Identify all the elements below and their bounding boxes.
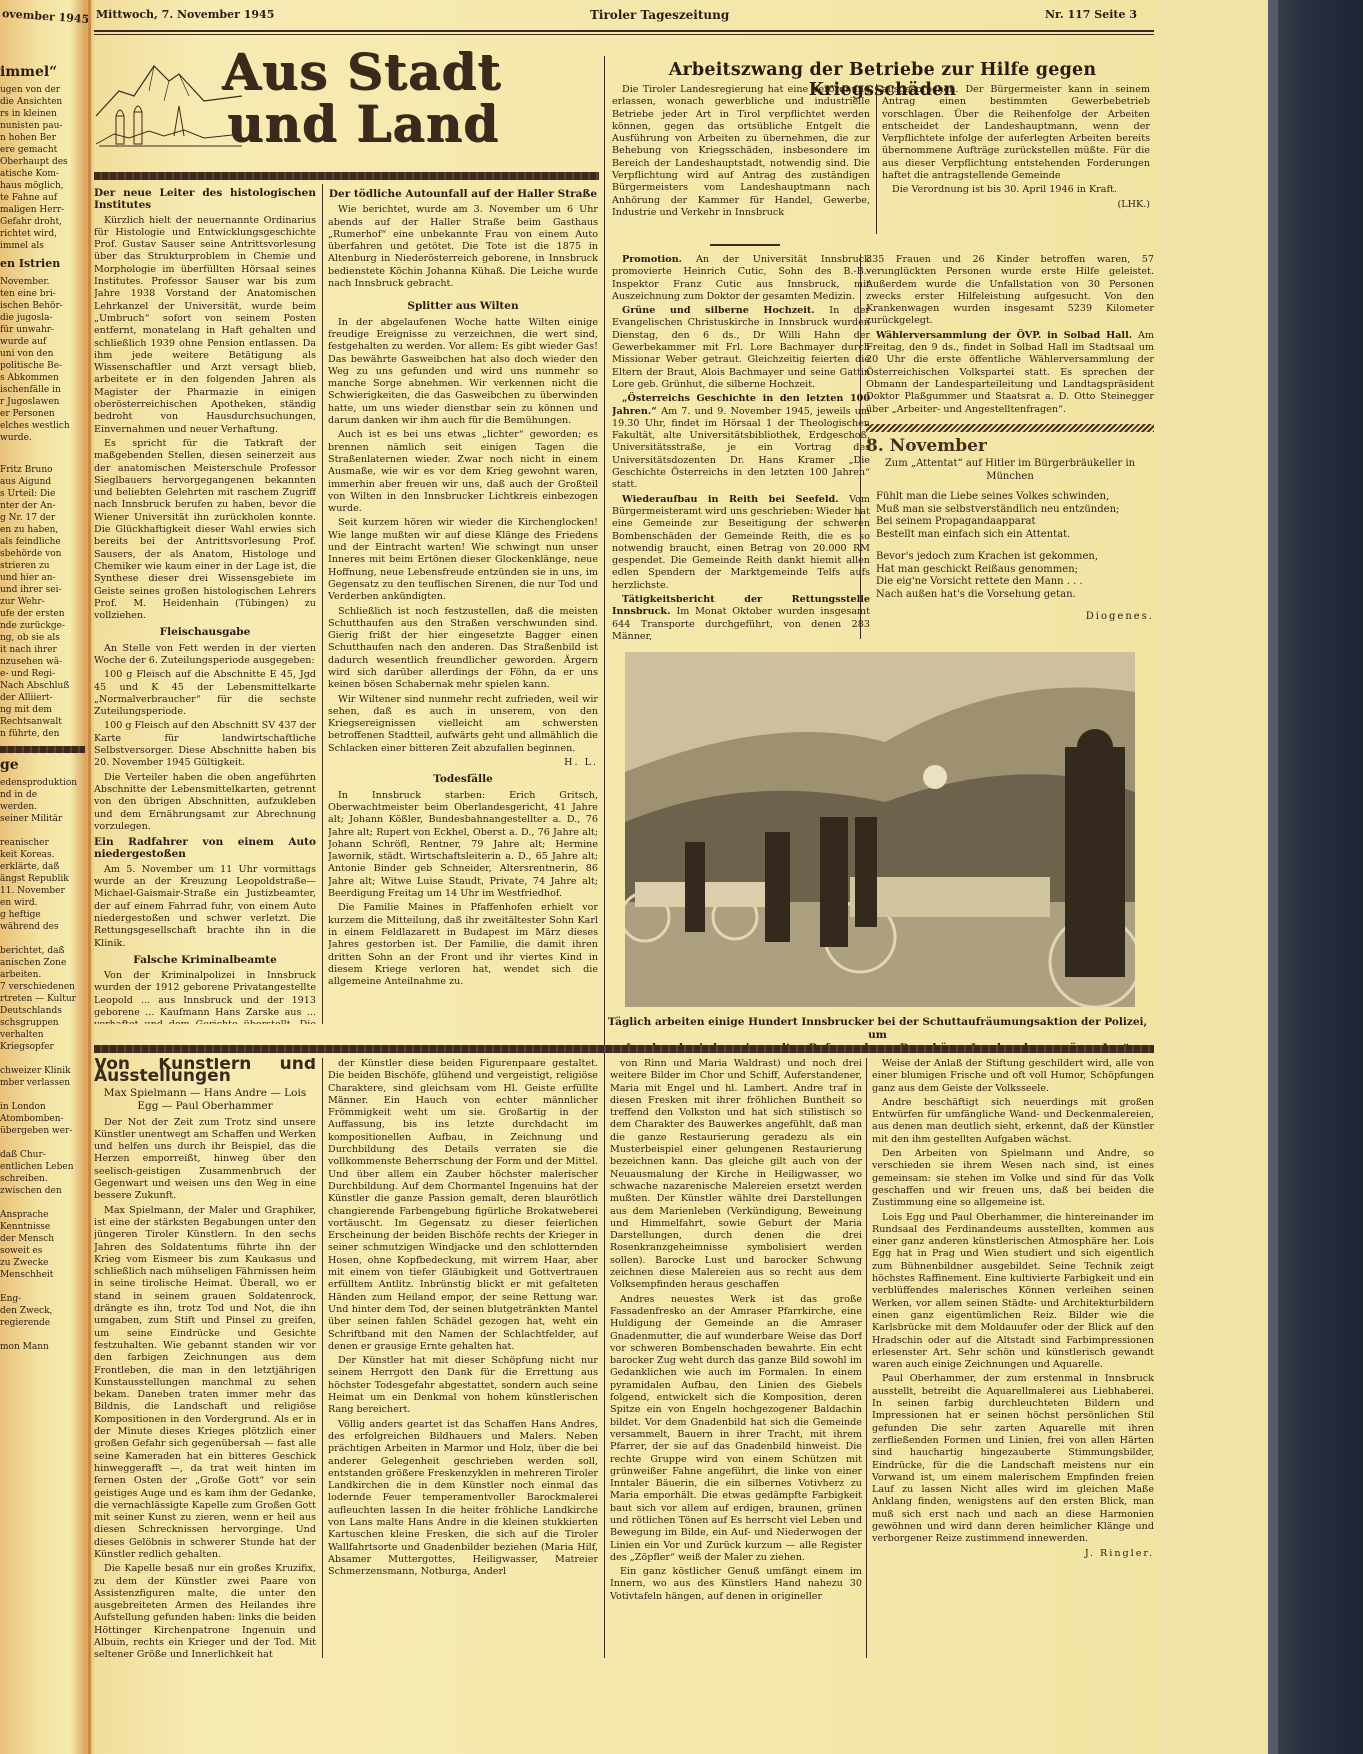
text-line: arbeiten. xyxy=(0,969,90,981)
paragraph: Lois Egg und Paul Oberhammer, die hinter… xyxy=(872,1212,1154,1372)
article-title: Falsche Kriminalbeamte xyxy=(94,954,316,966)
text-line: immel als xyxy=(0,240,90,252)
text-line: in London xyxy=(0,1101,90,1113)
text-line: Deutschlands xyxy=(0,1005,90,1017)
paragraph: 100 g Fleisch auf die Abschnitte E 45, J… xyxy=(94,669,316,718)
paragraph: Andres neuestes Werk ist das große Fassa… xyxy=(610,1294,862,1565)
paragraph: Schließlich ist noch festzustellen, daß … xyxy=(328,606,598,692)
section-divider xyxy=(94,1045,1154,1053)
text-line: 7 verschiedenen xyxy=(0,981,90,993)
text-line: r Jugoslawen xyxy=(0,396,90,408)
text-line: werden. xyxy=(0,801,90,813)
text-line: ten eine bri- xyxy=(0,288,90,300)
masthead-rule xyxy=(94,172,599,180)
text-line: Kriegsopfer xyxy=(0,1041,90,1053)
paragraph: Der Not der Zeit zum Trotz sind unsere K… xyxy=(94,1117,316,1203)
strip-text-2: November.ten eine bri-ischen Behör-die j… xyxy=(0,276,90,444)
text-line: Atombomben- xyxy=(0,1113,90,1125)
text-line xyxy=(0,1197,90,1209)
text-line: maligen Herr- xyxy=(0,204,90,216)
notice: 335 Frauen und 26 Kinder betroffen waren… xyxy=(866,254,1154,328)
article-subtitle: Max Spielmann — Hans Andre — Lois Egg — … xyxy=(94,1087,316,1113)
text-line: als feindliche xyxy=(0,536,90,548)
text-line: mber verlassen xyxy=(0,1077,90,1089)
arbeitszwang-col-b: ausgesprochen. Der Bürgermeister kann in… xyxy=(882,84,1150,211)
arbeitszwang-col-a: Die Tiroler Landesregierung hat eine Ver… xyxy=(612,84,870,221)
text-line: Hat man geschickt Reißaus genommen; xyxy=(876,564,1154,577)
text-line: s Urteil: Die xyxy=(0,488,90,500)
text-line: en wird. xyxy=(0,897,90,909)
text-line: haus möglich, xyxy=(0,180,90,192)
strip-text-3: Fritz Brunoaus Aigunds Urteil: Dienter d… xyxy=(0,464,90,740)
notice: Tätigkeitsbericht der Rettungsstelle Inn… xyxy=(612,594,870,643)
text-line: den Zweck, xyxy=(0,1305,90,1317)
text-line: zwischen den xyxy=(0,1185,90,1197)
art-article-col-1: Von Künstlern und Ausstellungen Max Spie… xyxy=(94,1058,316,1748)
text-line: n führte, den xyxy=(0,728,90,740)
text-line: wurde. xyxy=(0,432,90,444)
notice: „Österreichs Geschichte in den letzten 1… xyxy=(612,393,870,491)
text-line: reanischer xyxy=(0,837,90,849)
text-line: Fritz Bruno xyxy=(0,464,90,476)
text-line: elches westlich xyxy=(0,420,90,432)
text-line: Die eig'ne Vorsicht rettete den Mann . .… xyxy=(876,576,1154,589)
text-line: der Alliiert- xyxy=(0,692,90,704)
text-line: g Nr. 17 der xyxy=(0,512,90,524)
text-line: für unwahr- xyxy=(0,324,90,336)
paragraph: der Künstler diese beiden Figurenpaare g… xyxy=(328,1058,598,1353)
text-line: nzusehen wä- xyxy=(0,656,90,668)
paragraph: Max Spielmann, der Maler und Graphiker, … xyxy=(94,1205,316,1562)
text-line: Bei seinem Propagandaapparat xyxy=(876,516,1154,529)
text-line: mon Mann xyxy=(0,1341,90,1353)
text-line: nunisten pau- xyxy=(0,120,90,132)
text-line: ere gemacht xyxy=(0,144,90,156)
text-line: soweit es xyxy=(0,1245,90,1257)
column-3-notices: Promotion. An der Universität Innsbruck … xyxy=(612,254,870,644)
section-masthead: Aus Stadt und Land xyxy=(94,46,599,171)
text-line: Muß man sie selbstverständlich neu entzü… xyxy=(876,504,1154,517)
text-line: politische Be- xyxy=(0,360,90,372)
article-title: Ein Radfahrer von einem Auto niedergesto… xyxy=(94,836,316,861)
paragraph: Es spricht für die Tatkraft der maßgeben… xyxy=(94,438,316,622)
news-photo xyxy=(625,652,1135,1007)
text-line xyxy=(0,1281,90,1293)
issue-date: Mittwoch, 7. November 1945 xyxy=(96,8,274,21)
text-line: während des xyxy=(0,921,90,933)
text-line: daß Chur- xyxy=(0,1149,90,1161)
text-line: Eng- xyxy=(0,1293,90,1305)
article-title: Von Künstlern und Ausstellungen xyxy=(94,1058,316,1083)
paragraph: Der Künstler hat mit dieser Schöpfung ni… xyxy=(328,1355,598,1416)
strip-text-1: ugen von derdie Ansichtenrs in kleinennu… xyxy=(0,84,90,252)
text-line: 11. November xyxy=(0,885,90,897)
text-line: uni von den xyxy=(0,348,90,360)
text-line: keit Koreas. xyxy=(0,849,90,861)
text-line: te Fahne auf xyxy=(0,192,90,204)
text-line: anischen Zone xyxy=(0,957,90,969)
wavy-divider xyxy=(866,424,1154,432)
column-1: Der neue Leiter des histologischen Insti… xyxy=(94,184,316,1024)
issue-page-number: Nr. 117 Seite 3 xyxy=(1045,8,1137,21)
text-line: seiner Militär xyxy=(0,813,90,825)
text-line: zur Wehr- xyxy=(0,596,90,608)
source-tag: (LHK.) xyxy=(882,199,1150,211)
art-article-col-2: der Künstler diese beiden Figurenpaare g… xyxy=(328,1058,598,1748)
text-line: zu Zwecke xyxy=(0,1257,90,1269)
paragraph: Völlig anders geartet ist das Schaffen H… xyxy=(328,1419,598,1579)
text-line: erklärte, daß xyxy=(0,861,90,873)
paragraph: Auch ist es bei uns etwas „lichter“ gewo… xyxy=(328,429,598,515)
text-line: Fühlt man die Liebe seines Volkes schwin… xyxy=(876,491,1154,504)
paragraph: Weise der Anlaß der Stiftung geschildert… xyxy=(872,1058,1154,1095)
text-line: entlichen Leben xyxy=(0,1161,90,1173)
poem-author: Diogenes. xyxy=(866,611,1154,624)
text-line: ufe der ersten xyxy=(0,608,90,620)
text-line: schreiben. xyxy=(0,1173,90,1185)
text-line: ischenfälle in xyxy=(0,384,90,396)
art-article-col-3: von Rinn und Maria Waldrast) und noch dr… xyxy=(610,1058,862,1748)
paragraph: von Rinn und Maria Waldrast) und noch dr… xyxy=(610,1058,862,1292)
text-line xyxy=(0,933,90,945)
paragraph: Am 5. November um 11 Uhr vormittags wurd… xyxy=(94,864,316,950)
text-line: sbehörde von xyxy=(0,548,90,560)
article-title: Fleischausgabe xyxy=(94,626,316,638)
text-line: berichtet, daß xyxy=(0,945,90,957)
text-line: it nach ihrer xyxy=(0,644,90,656)
text-line: g heftige xyxy=(0,909,90,921)
header-rule xyxy=(94,30,1154,32)
text-line: ng, ob sie als xyxy=(0,632,90,644)
article-title: Todesfälle xyxy=(328,773,598,785)
text-line: s Abkommen xyxy=(0,372,90,384)
page-gutter xyxy=(88,0,91,1754)
paragraph: Paul Oberhammer, der zum erstenmal in In… xyxy=(872,1373,1154,1545)
article-title: Der tödliche Autounfall auf der Haller S… xyxy=(328,188,598,200)
text-line: Nach Abschluß xyxy=(0,680,90,692)
paragraph: Die Verteiler haben die oben angeführten… xyxy=(94,772,316,833)
text-line: Oberhaupt des xyxy=(0,156,90,168)
text-line: Menschheit xyxy=(0,1269,90,1281)
strip-heading-3: ge xyxy=(0,759,90,771)
newspaper-name: Tiroler Tageszeitung xyxy=(590,8,729,22)
text-line xyxy=(0,825,90,837)
text-line: e- und Regi- xyxy=(0,668,90,680)
poem-title: 8. November xyxy=(866,440,1154,452)
paragraph: 100 g Fleisch auf den Abschnitt SV 437 d… xyxy=(94,720,316,769)
notice: Promotion. An der Universität Innsbruck … xyxy=(612,254,870,303)
section-title: Aus Stadt und Land xyxy=(222,46,501,150)
paragraph: Ein ganz köstlicher Genuß umfängt einem … xyxy=(610,1566,862,1603)
author-signature: J. Ringler. xyxy=(872,1548,1154,1560)
text-line xyxy=(0,1089,90,1101)
text-line: chweizer Klinik xyxy=(0,1065,90,1077)
notice: Wiederaufbau in Reith bei Seefeld. Vom B… xyxy=(612,494,870,592)
text-line: übergeben wer- xyxy=(0,1125,90,1137)
text-line: Rechtsanwalt xyxy=(0,716,90,728)
text-line: nde zurückge- xyxy=(0,620,90,632)
text-line: ugen von der xyxy=(0,84,90,96)
article-title: Splitter aus Wilten xyxy=(328,300,598,312)
text-line: und hier an- xyxy=(0,572,90,584)
poem: Zum „Attentat“ auf Hitler im Bürgerbräuk… xyxy=(866,458,1154,624)
binding-edge xyxy=(1268,0,1278,1754)
text-line: der Mensch xyxy=(0,1233,90,1245)
article-title: Der neue Leiter des histologischen Insti… xyxy=(94,187,316,212)
text-line: die jugosla- xyxy=(0,312,90,324)
text-line: aus Aigund xyxy=(0,476,90,488)
paragraph: Die Familie Maines in Pfaffenhofen erhie… xyxy=(328,902,598,988)
text-line: Gefahr droht, xyxy=(0,216,90,228)
strip-heading-2: en Istrien xyxy=(0,258,90,270)
paragraph: Den Arbeiten von Spielmann und Andre, so… xyxy=(872,1148,1154,1209)
text-line: ng mit dem xyxy=(0,704,90,716)
text-line: und ihrer sei- xyxy=(0,584,90,596)
text-line: Bestellt man einfach sich ein Attentat. xyxy=(876,529,1154,542)
strip-text-4: edensproduktionnd in dewerden.seiner Mil… xyxy=(0,777,90,1353)
text-line: Bevor's jedoch zum Krachen ist gekommen, xyxy=(876,551,1154,564)
text-line: schsgruppen xyxy=(0,1017,90,1029)
previous-page-strip: immel“ ugen von derdie Ansichtenrs in kl… xyxy=(0,60,90,1353)
paragraph: Wir Wiltener sind nunmehr recht zufriede… xyxy=(328,694,598,755)
text-line: ischen Behör- xyxy=(0,300,90,312)
book-binding xyxy=(1160,0,1363,1754)
text-line: regierende xyxy=(0,1317,90,1329)
paragraph: In der abgelaufenen Woche hatte Wilten e… xyxy=(328,317,598,428)
text-line: edensproduktion xyxy=(0,777,90,789)
text-line: rtreten — Kultur xyxy=(0,993,90,1005)
newspaper-page: ovember 1945 immel“ ugen von derdie Ansi… xyxy=(0,0,1160,1754)
previous-page-date: ovember 1945 xyxy=(2,7,90,26)
notice: Grüne und silberne Hochzeit. In der Evan… xyxy=(612,305,870,391)
paragraph: Seit kurzem hören wir wieder die Kirchen… xyxy=(328,517,598,603)
text-line xyxy=(0,1053,90,1065)
text-line: Nach außen hat's die Vorsehung getan. xyxy=(876,589,1154,602)
column-2: Der tödliche Autounfall auf der Haller S… xyxy=(328,184,598,1024)
text-line: rs in kleinen xyxy=(0,108,90,120)
author-signature: H. L. xyxy=(328,757,598,769)
text-line: November. xyxy=(0,276,90,288)
text-line xyxy=(0,1329,90,1341)
paragraph: In Innsbruck starben: Erich Gritsch, Obe… xyxy=(328,790,598,901)
text-line: ängst Republik xyxy=(0,873,90,885)
strip-heading-1: immel“ xyxy=(0,66,90,78)
paragraph: Die Kapelle besaß nur ein großes Kruzifi… xyxy=(94,1563,316,1661)
paragraph: Von der Kriminalpolizei in Innsbruck wur… xyxy=(94,970,316,1024)
art-article-col-4: Weise der Anlaß der Stiftung geschildert… xyxy=(872,1058,1154,1748)
text-line: richtet wird, xyxy=(0,228,90,240)
text-line: Kenntnisse xyxy=(0,1221,90,1233)
text-line: wurde auf xyxy=(0,336,90,348)
text-line: n hohen Ber xyxy=(0,132,90,144)
text-line: Ansprache xyxy=(0,1209,90,1221)
cart-workers-photo-icon xyxy=(625,652,1135,1007)
paragraph: Wie berichtet, wurde am 3. November um 6… xyxy=(328,204,598,290)
notice: Wählerversammlung der ÖVP. in Solbad Hal… xyxy=(866,330,1154,416)
text-line: er Personen xyxy=(0,408,90,420)
text-line: die Ansichten xyxy=(0,96,90,108)
text-line: strieren zu xyxy=(0,560,90,572)
paragraph: Kürzlich hielt der neuernannte Ordinariu… xyxy=(94,215,316,436)
paragraph: Andre beschäftigt sich neuerdings mit gr… xyxy=(872,1097,1154,1146)
text-line: verhalten xyxy=(0,1029,90,1041)
text-line: en zu haben, xyxy=(0,524,90,536)
text-line xyxy=(0,1137,90,1149)
text-line: atische Kom- xyxy=(0,168,90,180)
text-line: nter der An- xyxy=(0,500,90,512)
column-4: 335 Frauen und 26 Kinder betroffen waren… xyxy=(866,254,1154,644)
paragraph: An Stelle von Fett werden in der vierten… xyxy=(94,643,316,668)
text-line: nd in de xyxy=(0,789,90,801)
